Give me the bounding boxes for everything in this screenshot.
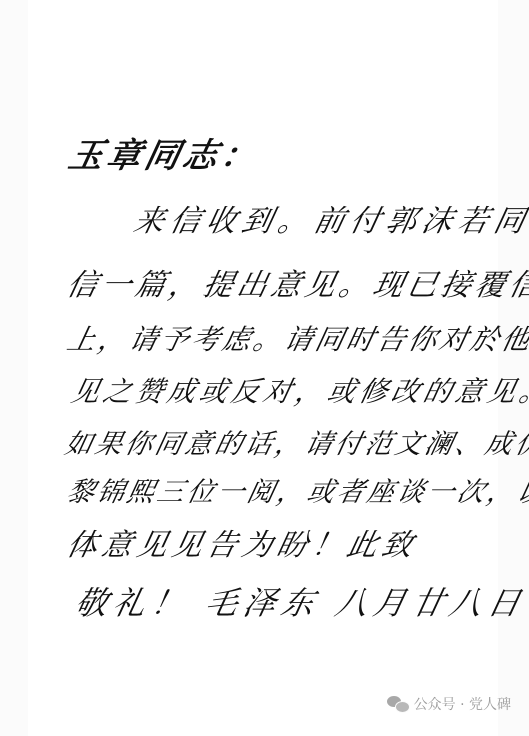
- letter-greeting: 玉章同志：: [65, 128, 265, 177]
- letter-line-2: 信一篇，提出意见。现已接覆信，特付: [63, 260, 529, 304]
- letter-paper: [28, 0, 498, 736]
- letter-line-3: 上，请予考虑。请同时告你对於他们的这: [64, 318, 529, 358]
- letter-line-5: 如果你同意的话，请付范文澜、成仿吾，: [62, 422, 529, 461]
- watermark-text: 公众号 · 党人碑: [414, 694, 511, 714]
- wechat-icon: [387, 696, 409, 712]
- letter-line-4: 见之赞成或反对，或修改的意见。: [68, 370, 529, 410]
- letter-line-1: 来信收到。前付郭沫若同志: [130, 196, 529, 240]
- watermark: 公众号 · 党人碑: [387, 694, 511, 714]
- letter-signature: 敬礼！ 毛泽东 八月廿八日: [71, 578, 529, 624]
- letter-line-7: 体意见见告为盼！此致: [63, 520, 422, 564]
- letter-line-6: 黎锦熙三位一阅，或者座谈一次，以集: [64, 470, 529, 509]
